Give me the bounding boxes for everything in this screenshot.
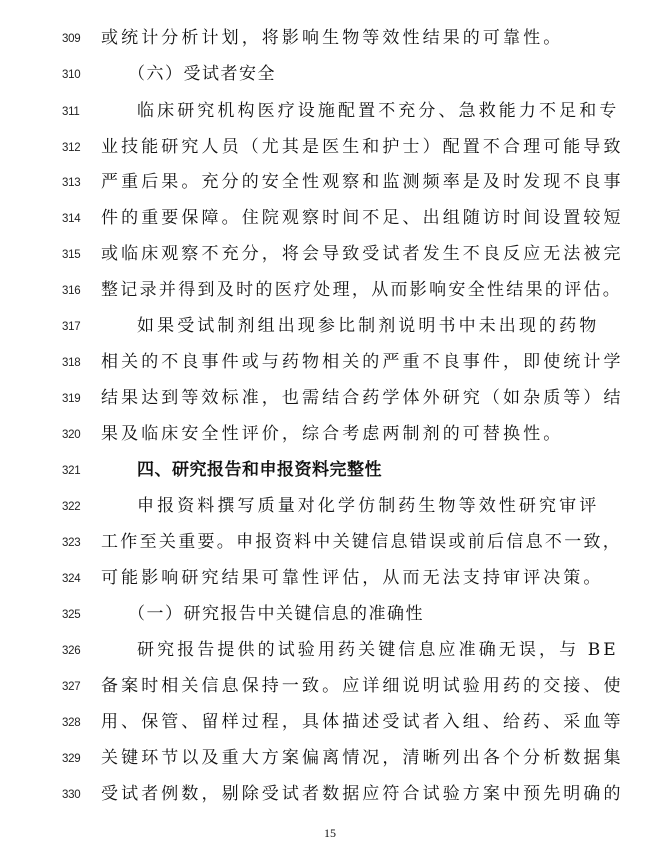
- line-number: 312: [62, 142, 80, 154]
- body-text: 果及临床安全性评价，综合考虑两制剂的可替换性。: [101, 422, 571, 446]
- document-line: 313 严重后果。充分的安全性观察和监测频率是及时发现不良事: [0, 166, 660, 200]
- paragraph-start: 如果受试制剂组出现参比制剂说明书中未出现的药物: [137, 314, 571, 338]
- document-line: 320 果及临床安全性评价，综合考虑两制剂的可替换性。: [0, 418, 660, 452]
- line-number: 329: [62, 753, 80, 765]
- document-line: 321 四、研究报告和申报资料完整性: [0, 454, 660, 488]
- body-text: 用、保管、留样过程，具体描述受试者入组、给药、采血等: [101, 710, 571, 734]
- document-line: 316 整记录并得到及时的医疗处理，从而影响安全性结果的评估。: [0, 274, 660, 308]
- document-page: 309 或统计分析计划，将影响生物等效性结果的可靠性。 310 （六）受试者安全…: [0, 0, 660, 850]
- document-line: 311 临床研究机构医疗设施配置不充分、急救能力不足和专: [0, 95, 660, 129]
- document-line: 309 或统计分析计划，将影响生物等效性结果的可靠性。: [0, 22, 660, 56]
- line-number: 318: [62, 357, 80, 369]
- line-number: 313: [62, 177, 80, 189]
- line-number: 321: [62, 465, 80, 477]
- body-text: 工作至关重要。申报资料中关键信息错误或前后信息不一致，: [101, 530, 571, 554]
- body-text: 可能影响研究结果可靠性评估，从而无法支持审评决策。: [101, 566, 571, 590]
- line-number: 330: [62, 789, 80, 801]
- body-text: 业技能研究人员（尤其是医生和护士）配置不合理可能导致: [101, 135, 571, 159]
- line-number: 326: [62, 645, 80, 657]
- body-text: 或统计分析计划，将影响生物等效性结果的可靠性。: [101, 26, 571, 50]
- line-number: 316: [62, 285, 80, 297]
- document-line: 328 用、保管、留样过程，具体描述受试者入组、给药、采血等: [0, 706, 660, 740]
- document-line: 312 业技能研究人员（尤其是医生和护士）配置不合理可能导致: [0, 131, 660, 165]
- document-line: 329 关键环节以及重大方案偏离情况，清晰列出各个分析数据集: [0, 742, 660, 776]
- paragraph-start: 申报资料撰写质量对化学仿制药生物等效性研究审评: [137, 494, 571, 518]
- document-line: 324 可能影响研究结果可靠性评估，从而无法支持审评决策。: [0, 562, 660, 596]
- body-text: 严重后果。充分的安全性观察和监测频率是及时发现不良事: [101, 170, 571, 194]
- document-line: 319 结果达到等效标准，也需结合药学体外研究（如杂质等）结: [0, 382, 660, 416]
- line-number: 319: [62, 393, 80, 405]
- document-line: 317 如果受试制剂组出现参比制剂说明书中未出现的药物: [0, 310, 660, 344]
- document-line: 310 （六）受试者安全: [0, 58, 660, 92]
- line-number: 311: [62, 106, 79, 118]
- body-text: 关键环节以及重大方案偏离情况，清晰列出各个分析数据集: [101, 746, 571, 770]
- document-line: 318 相关的不良事件或与药物相关的严重不良事件，即使统计学: [0, 346, 660, 380]
- body-text: 备案时相关信息保持一致。应详细说明试验用药的交接、使: [101, 674, 571, 698]
- document-line: 315 或临床观察不充分，将会导致受试者发生不良反应无法被完: [0, 238, 660, 272]
- document-line: 323 工作至关重要。申报资料中关键信息错误或前后信息不一致，: [0, 526, 660, 560]
- body-text: 或临床观察不充分，将会导致受试者发生不良反应无法被完: [101, 242, 571, 266]
- body-text: 相关的不良事件或与药物相关的严重不良事件，即使统计学: [101, 350, 571, 374]
- line-number: 315: [62, 249, 80, 261]
- line-number: 323: [62, 537, 80, 549]
- page-number: 15: [0, 826, 660, 841]
- line-number: 324: [62, 573, 80, 585]
- line-number: 309: [62, 33, 80, 45]
- line-number: 328: [62, 717, 80, 729]
- subsection-heading: （六）受试者安全: [128, 62, 598, 86]
- body-text: 件的重要保障。住院观察时间不足、出组随访时间设置较短: [101, 206, 571, 230]
- line-number: 322: [62, 501, 80, 513]
- line-number: 310: [62, 69, 80, 81]
- line-number: 317: [62, 321, 80, 333]
- line-number: 320: [62, 429, 80, 441]
- line-number: 327: [62, 681, 80, 693]
- line-number: 314: [62, 213, 80, 225]
- paragraph-start: 临床研究机构医疗设施配置不充分、急救能力不足和专: [137, 99, 571, 123]
- subsection-heading: （一）研究报告中关键信息的准确性: [128, 602, 598, 626]
- body-text: 整记录并得到及时的医疗处理，从而影响安全性结果的评估。: [101, 278, 571, 302]
- document-line: 322 申报资料撰写质量对化学仿制药生物等效性研究审评: [0, 490, 660, 524]
- section-heading: 四、研究报告和申报资料完整性: [137, 458, 607, 482]
- document-line: 330 受试者例数，剔除受试者数据应符合试验方案中预先明确的: [0, 778, 660, 812]
- body-text: 受试者例数，剔除受试者数据应符合试验方案中预先明确的: [101, 782, 571, 806]
- document-line: 327 备案时相关信息保持一致。应详细说明试验用药的交接、使: [0, 670, 660, 704]
- document-line: 314 件的重要保障。住院观察时间不足、出组随访时间设置较短: [0, 202, 660, 236]
- body-text: 结果达到等效标准，也需结合药学体外研究（如杂质等）结: [101, 386, 571, 410]
- line-number: 325: [62, 609, 80, 621]
- document-line: 325 （一）研究报告中关键信息的准确性: [0, 598, 660, 632]
- document-line: 326 研究报告提供的试验用药关键信息应准确无误，与 BE: [0, 634, 660, 668]
- paragraph-start: 研究报告提供的试验用药关键信息应准确无误，与 BE: [137, 638, 571, 662]
